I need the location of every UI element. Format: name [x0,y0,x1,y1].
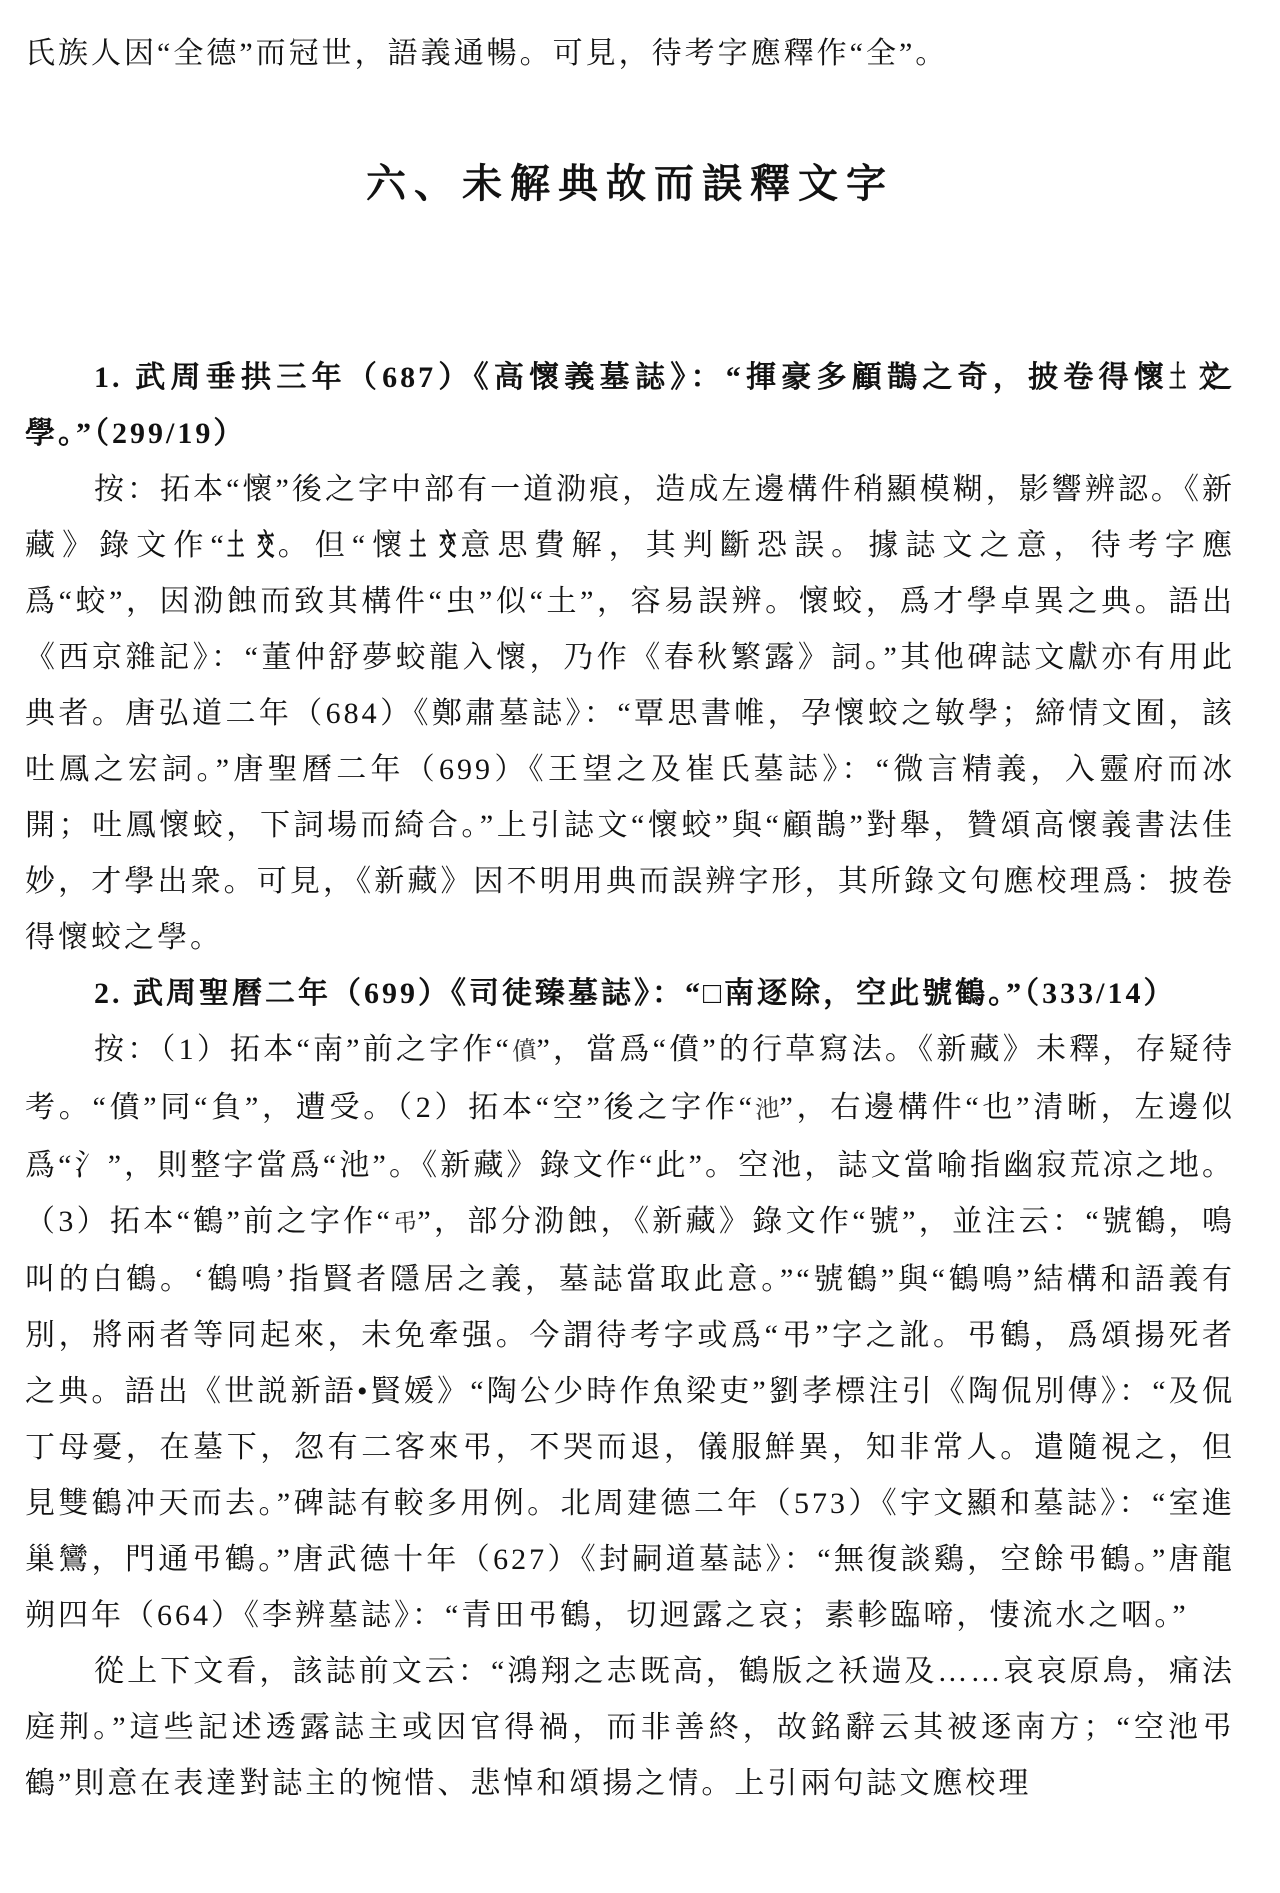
section-title-2: 2. 武周聖曆二年（699）《司徒臻墓誌》：“□南逐除，空此號鶴。”（333/1… [25,966,1235,1022]
chapter-heading: 六、未解典故而誤釋文字 [25,156,1235,212]
rubbing-glyph-image: 僨 [510,1022,537,1081]
pre-heading-content: 氏族人因“全德”而冠世，語義通暢。可見，待考字應釋作“全”。 [25,26,1235,82]
body-paragraph-3: 從上下文看，該誌前文云：“鴻翔之志既高，鶴版之袄遄及……哀哀原鳥，痛法庭荆。”這… [25,1644,1235,1812]
body-paragraph-1: 按：拓本“懷”後之字中部有一道泐痕，造成左邊構件稍顯模糊，影響辨認。《新藏》錄文… [25,462,1235,966]
section-title-1: 1. 武周垂拱三年（687）《高懷義墓誌》：“揮豪多顧鵲之奇，披卷得懷土交之學。… [25,350,1235,462]
rubbing-glyph-image: 弔 [391,1194,418,1253]
post-heading-content: 1. 武周垂拱三年（687）《高懷義墓誌》：“揮豪多顧鵲之奇，披卷得懷土交之學。… [25,350,1235,1812]
continuation-paragraph: 氏族人因“全德”而冠世，語義通暢。可見，待考字應釋作“全”。 [25,26,1235,82]
body-paragraph-2: 按：（1）拓本“南”前之字作“僨”，當爲“僨”的行草寫法。《新藏》未釋，存疑待考… [25,1022,1235,1644]
composed-glyph-tu-jiao: 土交 [1169,350,1200,406]
document-page: 氏族人因“全德”而冠世，語義通暢。可見，待考字應釋作“全”。 六、未解典故而誤釋… [0,0,1280,1812]
rubbing-glyph-image: 池 [754,1080,781,1139]
composed-glyph-tu-jiao: 土交 [227,518,258,574]
composed-glyph-tu-jiao: 土交 [409,518,440,574]
